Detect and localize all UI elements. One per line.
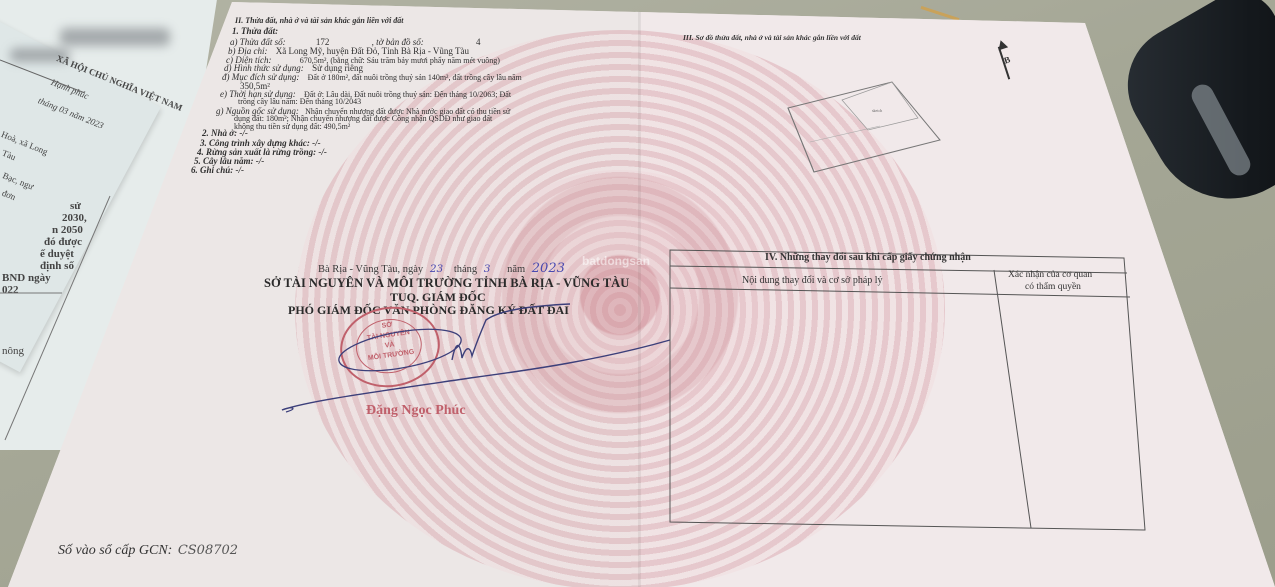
origin-value-cont-2: không thu tiền sử dụng đất: 490,5m² — [234, 122, 350, 131]
section-2-title: II. Thửa đất, nhà ở và tài sản khác gắn … — [235, 16, 404, 25]
place-date-prefix: Bà Rịa - Vũng Tàu, ngày — [318, 264, 423, 275]
map-sheet-value: 4 — [476, 37, 481, 47]
site-watermark: batdongsan — [582, 254, 650, 268]
year-value: 2023 — [532, 261, 565, 276]
svg-text:sketch: sketch — [872, 108, 882, 113]
page-fold — [638, 10, 641, 587]
issuing-organization: SỞ TÀI NGUYÊN VÀ MÔI TRƯỜNG TỈNH BÀ RỊA … — [264, 276, 629, 291]
signer-name: Đặng Ngọc Phúc — [366, 403, 466, 419]
item-notes: 6. Ghi chú: -/- — [191, 165, 244, 175]
authority-column-header-line-1: Xác nhận của cơ quan — [1008, 270, 1092, 280]
authority-column-header-line-2: có thẩm quyền — [1025, 282, 1081, 292]
term-value-cont: trồng cây lâu năm: Đến tháng 10/2043 — [238, 97, 361, 106]
changes-table — [660, 240, 1160, 570]
signature — [270, 300, 690, 420]
item-house: 2. Nhà ở: -/- — [202, 128, 248, 138]
parcel-sketch: sketch — [780, 60, 980, 180]
place-date-line: Bà Rịa - Vũng Tàu, ngày 23 tháng 3 năm 2… — [318, 261, 565, 276]
purpose-value: Đất ở 180m², đất nuôi trồng thuỷ sản 140… — [308, 73, 522, 82]
gcn-register-line: Số vào sổ cấp GCN: CS08702 — [58, 543, 238, 559]
changes-column-header: Nội dung thay đổi và cơ sở pháp lý — [742, 275, 883, 286]
section-4-title: IV. Những thay đổi sau khi cấp giấy chứn… — [765, 252, 971, 263]
section-2-subtitle: 1. Thửa đất: — [232, 26, 278, 36]
section-3-title: III. Sơ đồ thửa đất, nhà ở và tài sản kh… — [683, 33, 861, 42]
gcn-register-label: Số vào sổ cấp GCN: — [58, 543, 172, 558]
month-value: 3 — [484, 263, 491, 275]
day-value: 23 — [430, 263, 443, 275]
month-label: tháng — [454, 264, 477, 275]
year-label: năm — [507, 264, 525, 275]
gcn-register-value: CS08702 — [178, 543, 238, 558]
